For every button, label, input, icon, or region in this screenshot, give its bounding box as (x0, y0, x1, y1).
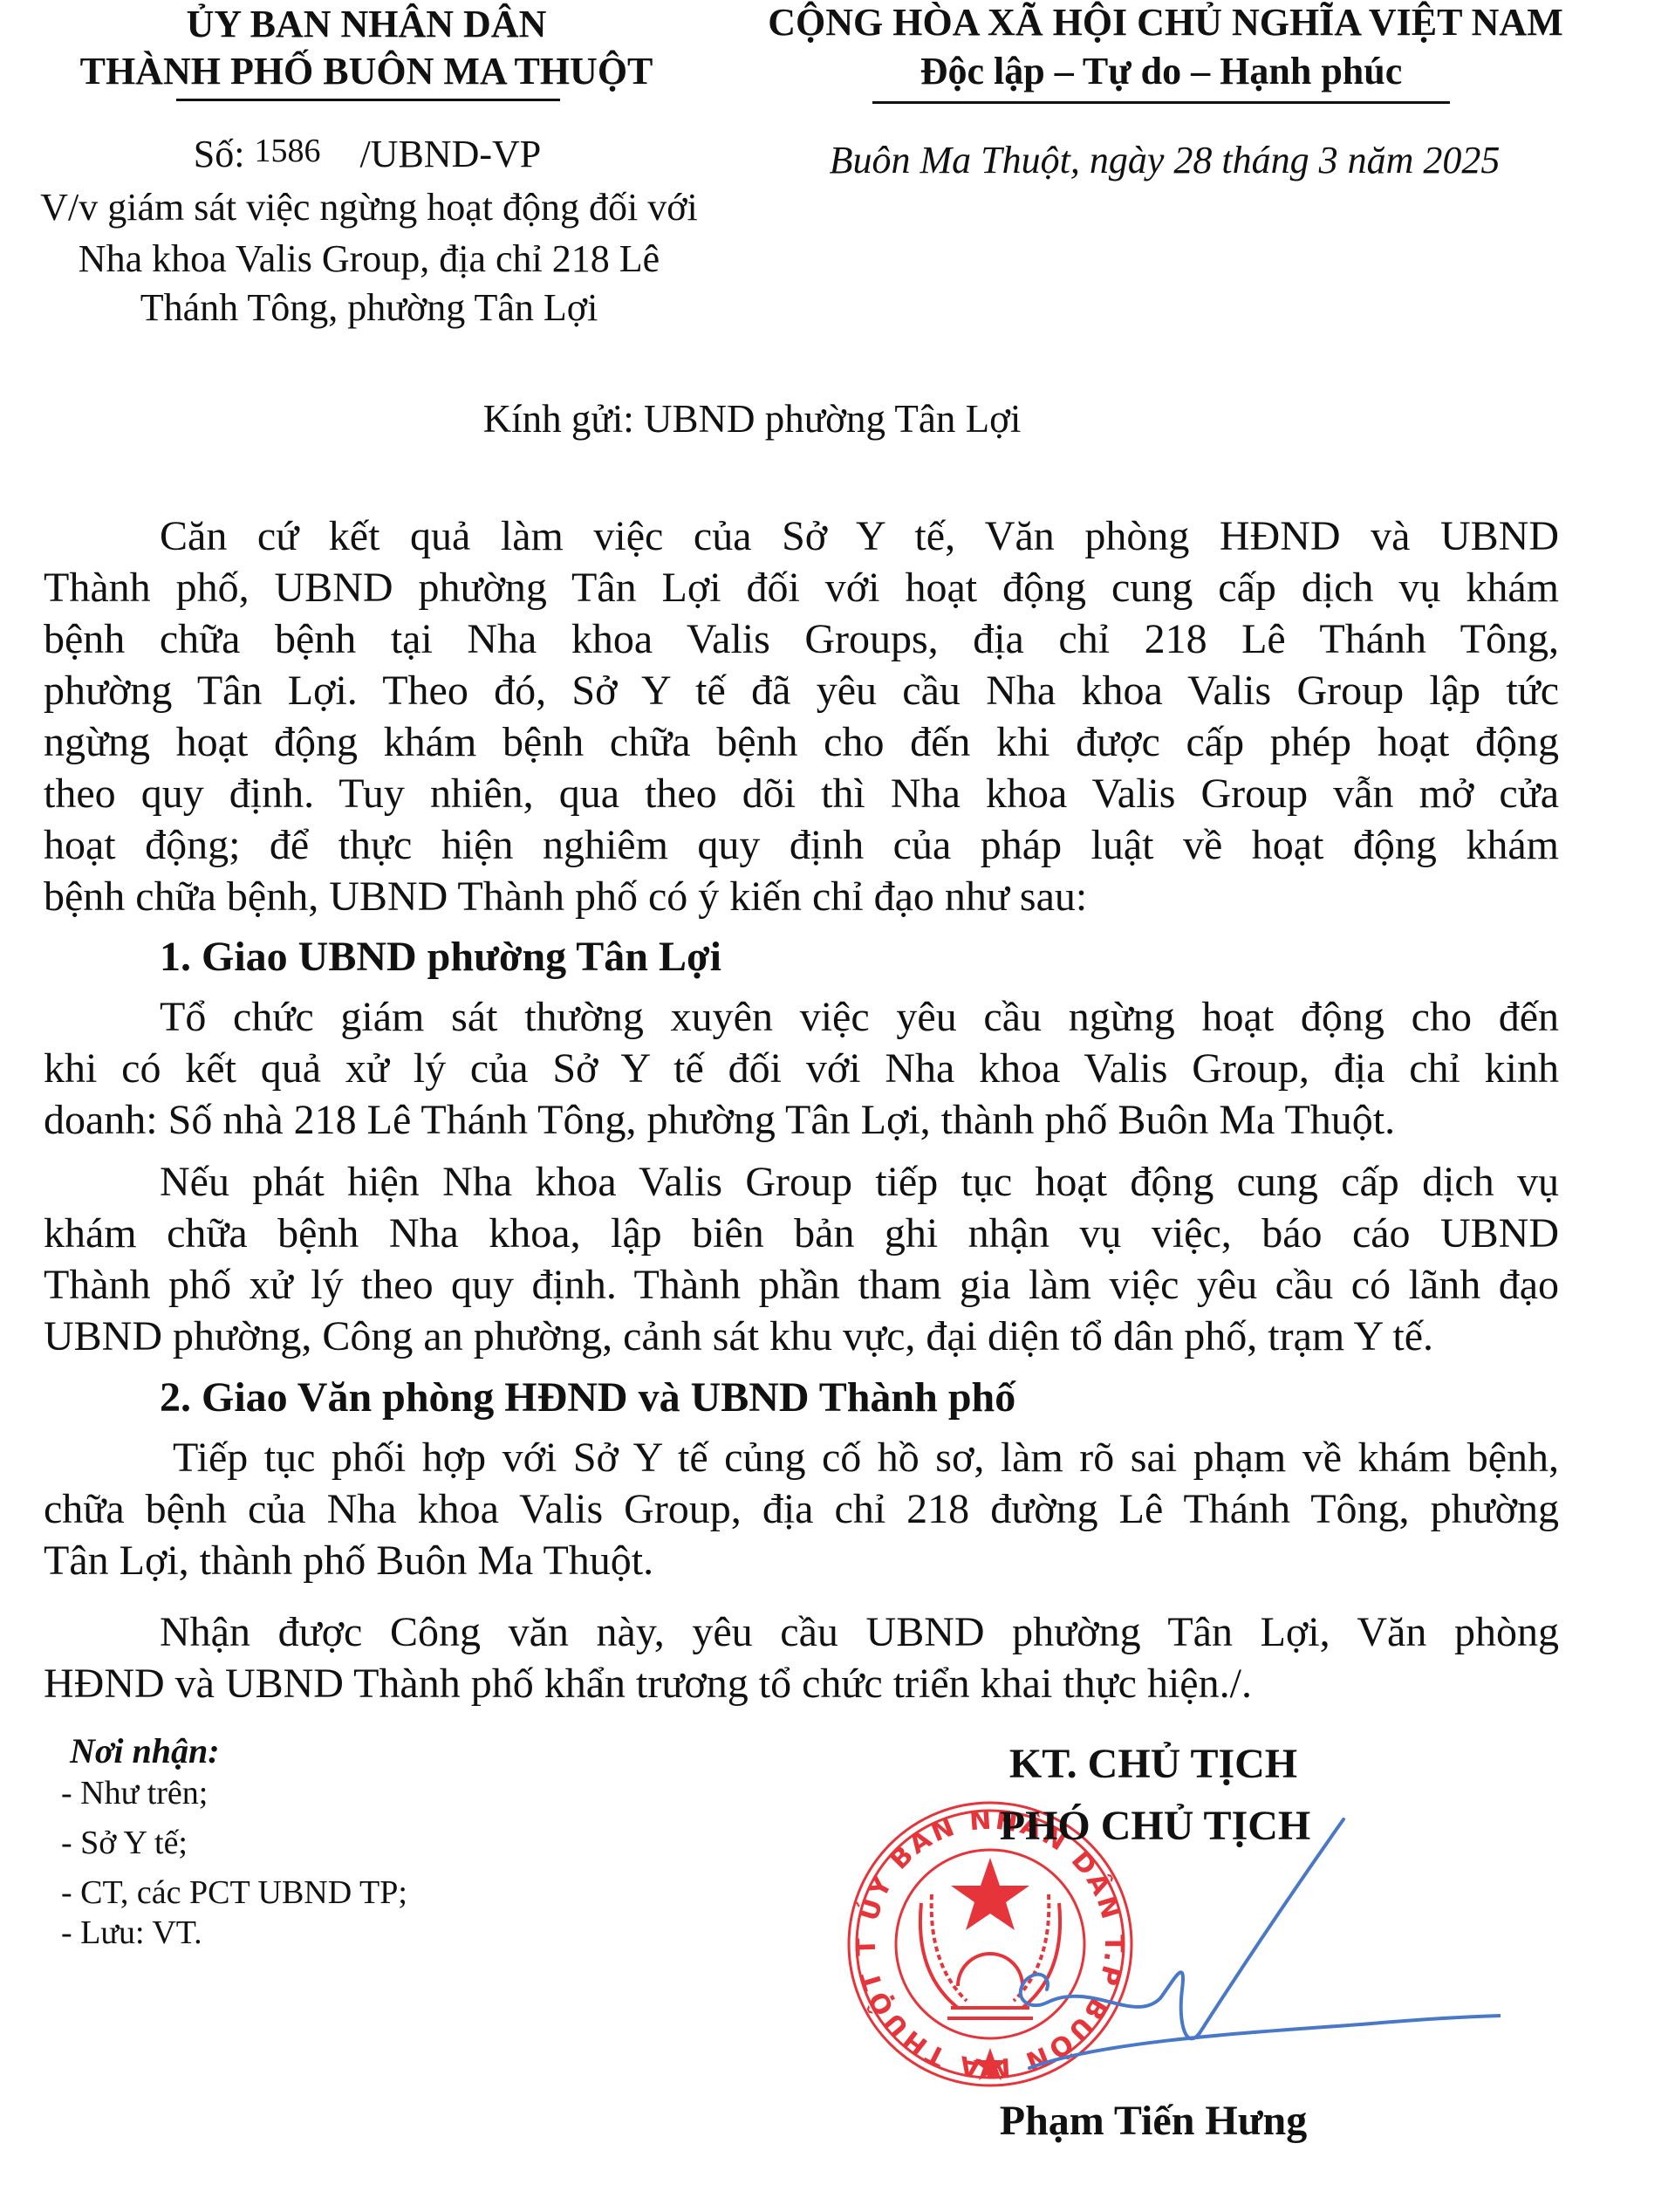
section-1-paragraph-2-line: Thành phố xử lý theo quy định. Thành phầ… (44, 1264, 1559, 1306)
motto-underline (872, 101, 1450, 104)
doc-code: /UBND-VP (359, 133, 541, 175)
recipient-item: - Như trên; (61, 1777, 208, 1810)
signature-title-line1: KT. CHỦ TỊCH (1009, 1743, 1297, 1785)
place-date: Buôn Ma Thuột, ngày 28 tháng 3 năm 2025 (830, 141, 1501, 180)
section-2-paragraph-1-line: chữa bệnh của Nha khoa Valis Group, địa … (44, 1489, 1559, 1531)
recipient-item: - Lưu: VT. (61, 1916, 202, 1949)
subject-line-2: Nha khoa Valis Group, địa chỉ 218 Lê (79, 240, 660, 278)
intro-paragraph-line: bệnh chữa bệnh, UBND Thành phố có ý kiến… (44, 876, 1559, 918)
recipient-line: Kính gửi: UBND phường Tân Lợi (483, 400, 1022, 439)
section-2-heading: 2. Giao Văn phòng HĐND và UBND Thành phố (160, 1377, 1015, 1419)
recipient-item: - CT, các PCT UBND TP; (61, 1876, 407, 1909)
section-1-heading: 1. Giao UBND phường Tân Lợi (160, 936, 721, 978)
closing-paragraph-line: HĐND và UBND Thành phố khẩn trương tổ ch… (44, 1663, 1559, 1705)
doc-number-value: 1586 (254, 133, 320, 169)
closing-paragraph-line: Nhận được Công văn này, yêu cầu UBND phư… (160, 1612, 1559, 1654)
intro-paragraph-line: bệnh chữa bệnh tại Nha khoa Valis Groups… (44, 619, 1559, 661)
intro-paragraph-line: hoạt động; để thực hiện nghiêm quy định … (44, 825, 1559, 866)
section-1-paragraph-1-line: Tổ chức giám sát thường xuyên việc yêu c… (160, 996, 1559, 1038)
signature-title-line2: PHÓ CHỦ TỊCH (1000, 1805, 1310, 1847)
subject-line-3: Thánh Tông, phường Tân Lợi (140, 289, 598, 327)
section-1-paragraph-1-line: khi có kết quả xử lý của Sở Y tế đối với… (44, 1048, 1559, 1090)
org-name-line1: ỦY BAN NHÂN DÂN (187, 5, 547, 44)
section-1-paragraph-2-line: Nếu phát hiện Nha khoa Valis Group tiếp … (160, 1161, 1559, 1203)
intro-paragraph-line: theo quy định. Tuy nhiên, qua theo dõi t… (44, 773, 1559, 815)
recipient-item: - Sở Y tế; (61, 1826, 188, 1859)
signer-name: Phạm Tiến Hưng (1000, 2100, 1307, 2142)
doc-number: Số: 1586 /UBND-VP (194, 135, 542, 174)
doc-number-label: Số: (194, 133, 245, 175)
recipients-title: Nơi nhận: (70, 1734, 220, 1769)
subject-line-1: V/v giám sát việc ngừng hoạt động đối vớ… (40, 188, 697, 227)
section-1-paragraph-1-line: doanh: Số nhà 218 Lê Thánh Tông, phường … (44, 1099, 1559, 1141)
national-motto: Độc lập – Tự do – Hạnh phúc (920, 52, 1403, 91)
section-1-paragraph-2-line: khám chữa bệnh Nha khoa, lập biên bản gh… (44, 1213, 1559, 1255)
intro-paragraph-line: phường Tân Lợi. Theo đó, Sở Y tế đã yêu … (44, 670, 1559, 712)
intro-paragraph-line: ngừng hoạt động khám bệnh chữa bệnh cho … (44, 722, 1559, 764)
intro-paragraph-line: Căn cứ kết quả làm việc của Sở Y tế, Văn… (160, 516, 1559, 558)
section-2-paragraph-1-line: Tân Lợi, thành phố Buôn Ma Thuột. (44, 1540, 1559, 1582)
section-2-paragraph-1-line: Tiếp tục phối hợp với Sở Y tế củng cố hồ… (173, 1437, 1559, 1479)
section-1-paragraph-2-line: UBND phường, Công an phường, cảnh sát kh… (44, 1316, 1559, 1358)
national-title: CỘNG HÒA XÃ HỘI CHỦ NGHĨA VIỆT NAM (768, 3, 1562, 42)
org-underline (176, 99, 560, 101)
intro-paragraph-line: Thành phố, UBND phường Tân Lợi đối với h… (44, 567, 1559, 609)
org-name-line2: THÀNH PHỐ BUÔN MA THUỘT (80, 52, 653, 91)
